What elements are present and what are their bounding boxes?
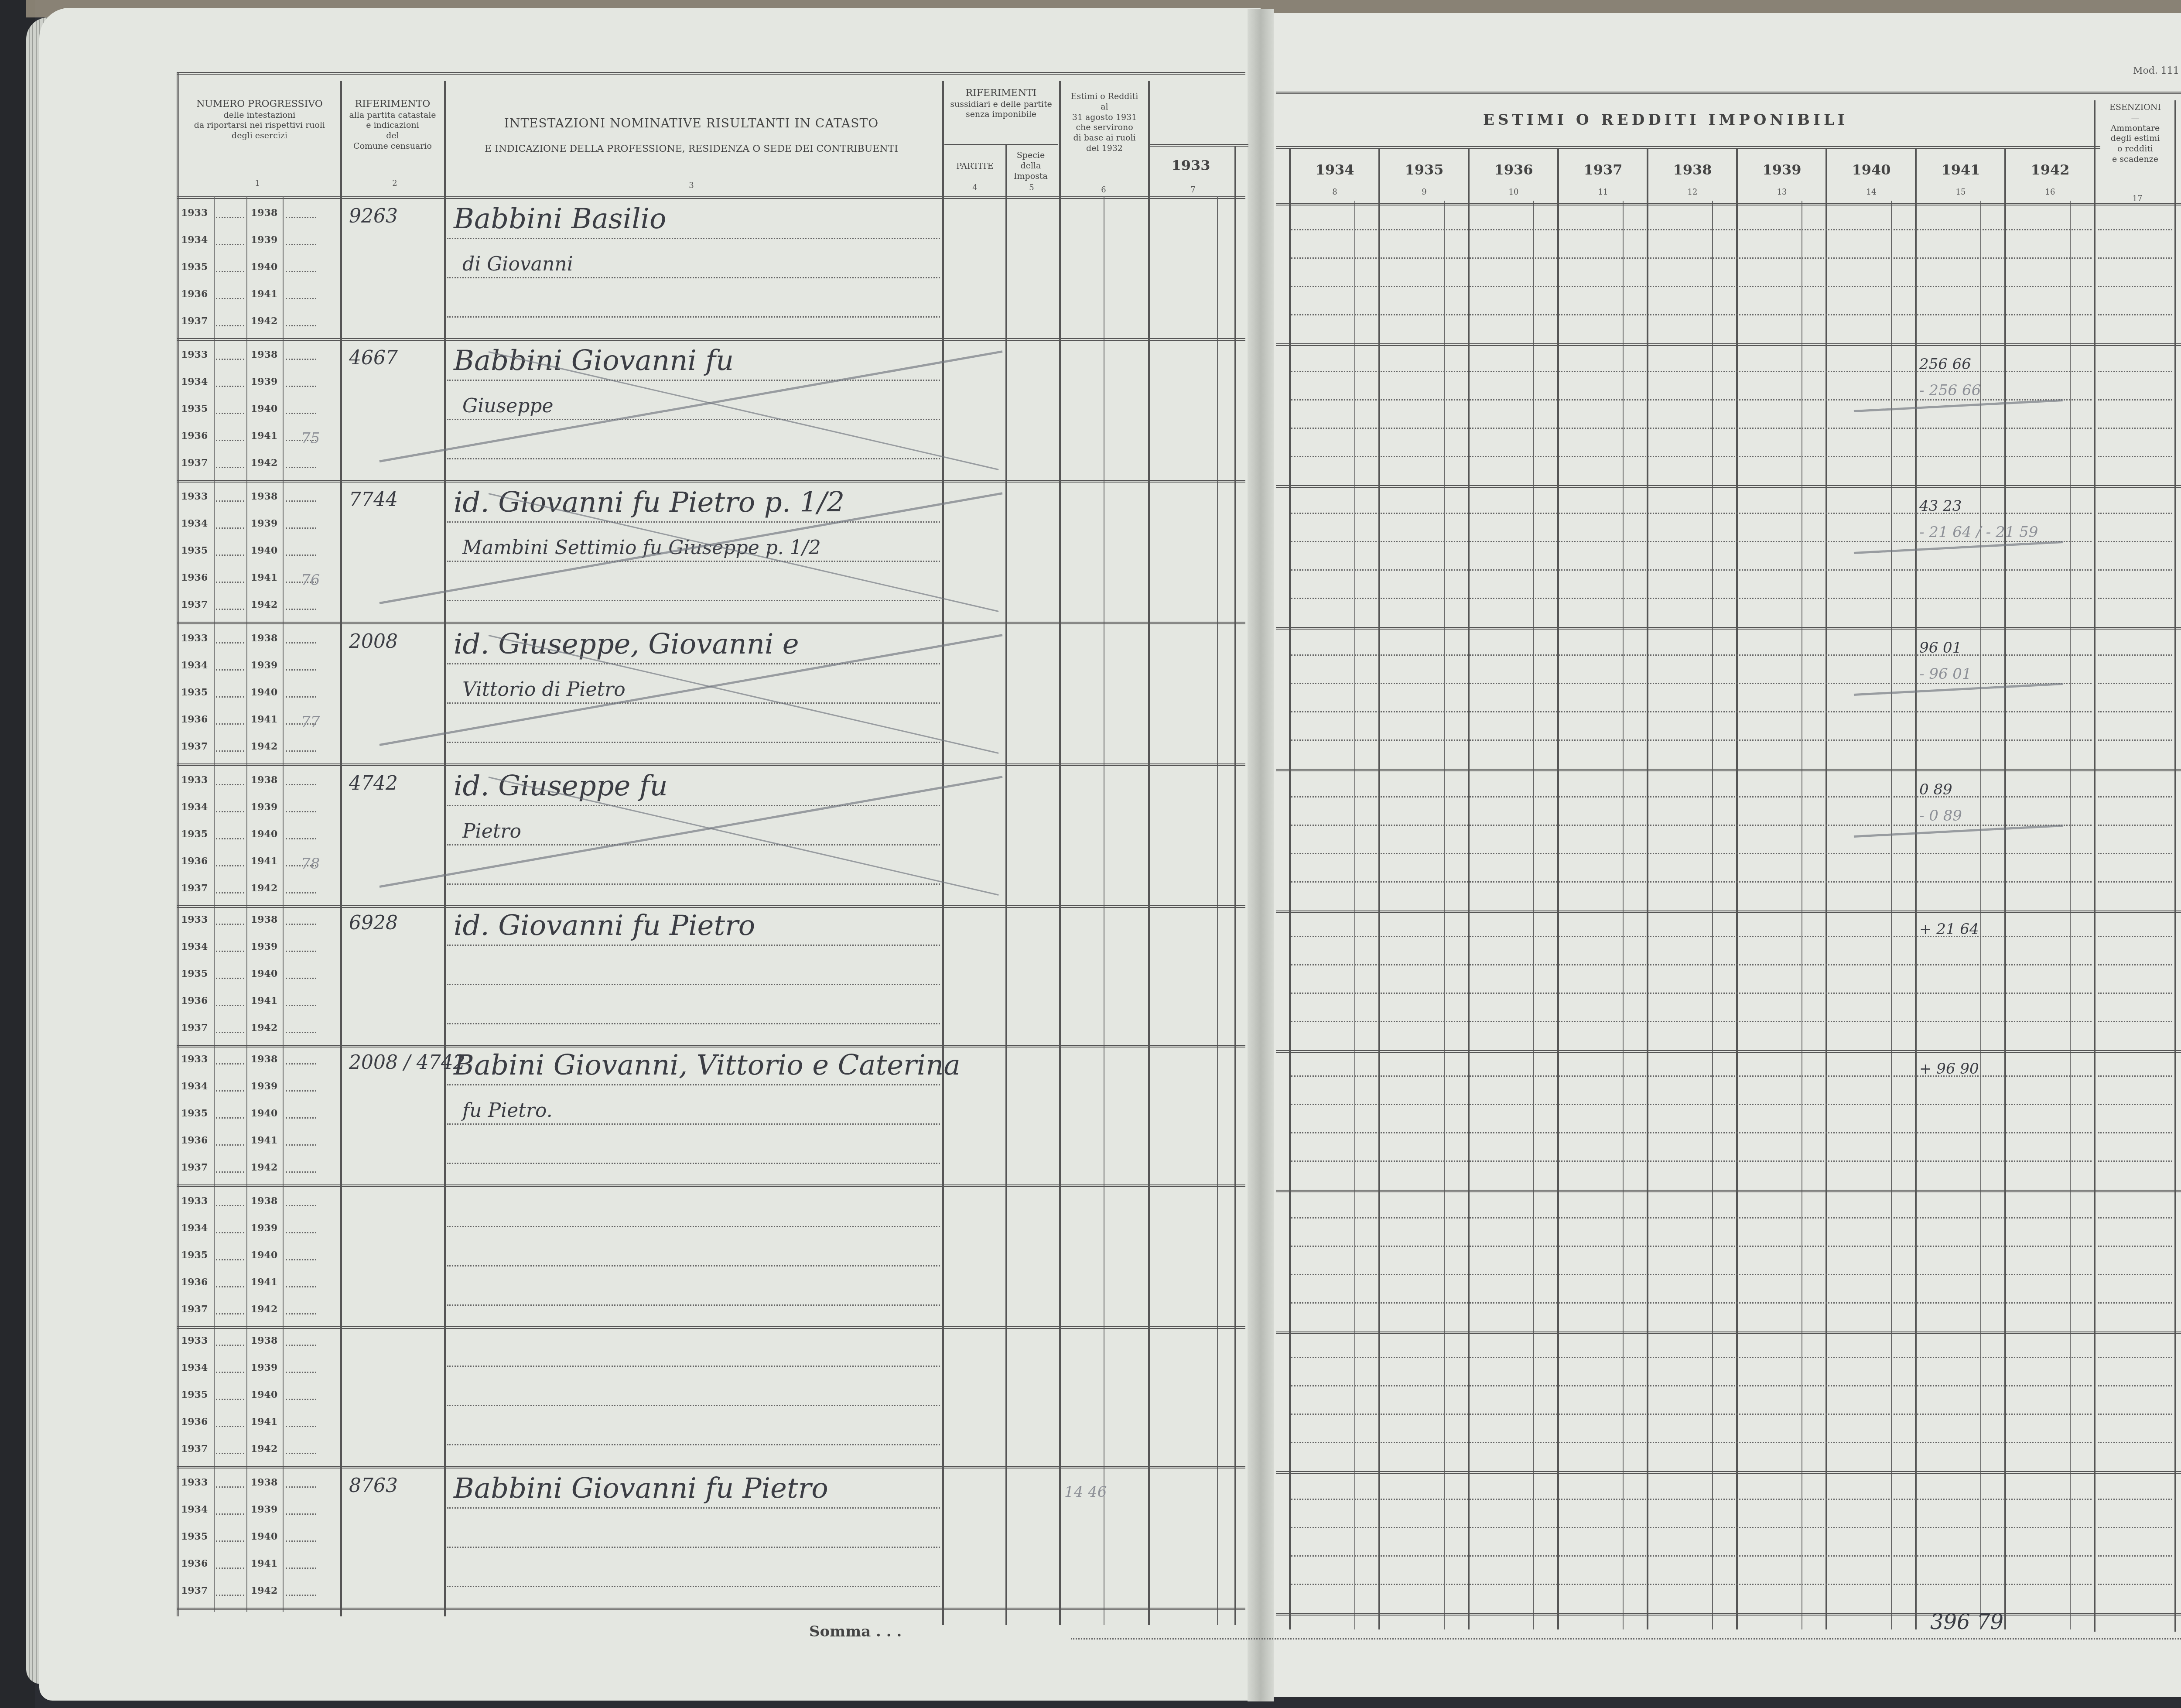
year-right: 1939 [251,801,277,813]
dotted-fill [286,1032,316,1033]
dotted-fill [286,1313,316,1314]
left-page [39,8,1261,1701]
partita-number: 8763 [349,1475,398,1497]
year-left: 1935 [181,1389,208,1400]
amount-guide-line [1291,1104,2092,1105]
year-right: 1940 [251,1249,277,1261]
col-num-12: 12 [1684,188,1701,197]
col-divider [1059,81,1061,1625]
partita-number: 4667 [349,347,398,369]
name-guide-line [447,1507,940,1509]
sub-col-divider [1802,201,1802,1629]
amount-guide-line [1291,1160,2092,1162]
row-separator [1276,343,2181,346]
dotted-fill [216,865,244,866]
amount-1941-correction: - 256 66 [1919,382,1981,399]
exemption-guide-line [2098,1499,2172,1500]
year-left: 1937 [181,1022,208,1034]
dotted-fill [216,838,244,839]
dotted-fill [216,1205,244,1206]
dotted-fill [216,325,244,326]
year-right: 1942 [251,883,277,894]
year-right: 1939 [251,376,277,387]
header-col2-line: RIFERIMENTO [342,98,443,110]
col-divider [1148,81,1150,1625]
year-right: 1938 [251,1054,277,1065]
amount-1941: 0 89 [1919,781,1952,798]
dotted-fill [286,1426,316,1427]
col-num-7: 7 [1186,185,1200,195]
sub-col-divider [1623,201,1624,1629]
amount-guide-line [1291,964,2092,965]
year-left: 1934 [181,1504,208,1515]
amount-guide-line [1291,513,2092,514]
contributor-name-line2: Vittorio di Pietro [462,678,626,701]
sub-col-divider [1217,196,1218,1625]
header-col2-line: del [342,131,443,141]
exemption-guide-line [2098,654,2172,656]
dotted-fill [286,1205,316,1206]
dotted-fill [216,386,244,387]
col-divider [1005,144,1007,1625]
row-separator [1276,485,2181,488]
partita-number: 2008 [349,630,398,653]
name-guide-line [447,945,940,946]
amount-1941: 43 23 [1919,497,1962,515]
header-col17-line: degli estimi [2096,133,2174,144]
year-right: 1940 [251,968,277,979]
header-col2-line: e indicazioni [342,120,443,131]
row-separator [1276,1190,2181,1192]
year-right: 1941 [251,995,277,1006]
dotted-fill [216,924,244,925]
amount-guide-line [1291,1385,2092,1386]
col-num-17: 17 [2129,194,2146,203]
name-guide-line [447,419,940,420]
dotted-fill [216,1486,244,1488]
header-col1-line: degli esercizi [179,131,340,141]
year-right: 1941 [251,714,277,725]
dotted-fill [286,1595,316,1596]
row-separator [1276,769,2181,771]
row-separator [1276,1471,2181,1474]
dotted-fill [286,1345,316,1346]
year-right: 1938 [251,349,277,360]
exemption-guide-line [2098,1274,2172,1275]
year-left: 1936 [181,430,208,442]
sub-col-divider [1104,196,1104,1625]
dotted-fill [216,467,244,468]
dotted-fill [286,784,316,785]
header-bottom-border-right [1276,203,2181,205]
dotted-fill [286,669,316,671]
exemption-guide-line [2098,399,2172,400]
amount-guide-line [1291,286,2092,287]
dotted-fill [216,642,244,643]
partita-number: 4742 [349,772,398,794]
contributor-name-line2: di Giovanni [462,253,573,275]
row-separator [177,622,1245,624]
name-guide-line [447,805,940,806]
year-left: 1936 [181,856,208,867]
year-right: 1941 [251,1277,277,1288]
contributor-name: id. Giovanni fu Pietro p. 1/2 [454,486,844,519]
amount-guide-line [1291,541,2092,542]
year-right: 1941 [251,288,277,300]
dotted-fill [286,696,316,698]
exemption-guide-line [2098,314,2172,315]
header-col1-line: da riportarsi nei rispettivi ruoli [179,120,340,131]
year-left: 1936 [181,714,208,725]
exemption-guide-line [2098,1217,2172,1219]
amount-guide-line [1291,229,2092,230]
name-guide-line [447,380,940,381]
exemption-guide-line [2098,541,2172,542]
name-guide-line [447,1304,940,1306]
right-page [1261,13,2181,1697]
row-separator [1276,1331,2181,1334]
header-col3-title: INTESTAZIONI NOMINATIVE RISULTANTI IN CA… [447,116,936,131]
year-left: 1934 [181,660,208,671]
name-guide-line [447,458,940,459]
dotted-fill [286,838,316,839]
sub-col-divider [283,196,284,1612]
dotted-fill [216,582,244,583]
dotted-fill [286,325,316,326]
col-divider [340,81,342,1616]
name-guide-line [447,1444,940,1445]
year-left: 1934 [181,801,208,813]
amount-guide-line [1291,1021,2092,1022]
dotted-fill [216,1144,244,1146]
amount-1941-correction: - 0 89 [1919,807,1962,825]
exemption-guide-line [2098,936,2172,937]
dotted-fill [286,1232,316,1233]
header-riferimenti-line: sussidiari e delle partite [944,99,1058,110]
dotted-fill [216,1399,244,1400]
year-left: 1933 [181,349,208,360]
header-col17-line: — [2096,113,2174,123]
dotted-fill [286,1513,316,1515]
side-number: 77 [301,713,320,731]
header-col5-line: della [1007,161,1055,171]
year-left: 1933 [181,1054,208,1065]
header-col17-line: ESENZIONI [2096,103,2174,113]
year-right: 1940 [251,545,277,556]
dotted-fill [286,1171,316,1173]
contributor-name: id. Giuseppe fu [454,770,668,802]
sub-col-divider [1980,201,1981,1629]
side-number: 76 [301,572,320,589]
exemption-guide-line [2098,1104,2172,1105]
exemption-guide-line [2098,881,2172,883]
year-header-1942: 1942 [2007,161,2094,178]
dotted-fill [216,1117,244,1119]
amount-guide-line [1291,796,2092,798]
year-right: 1940 [251,403,277,414]
sum-dotted-line [1071,1638,2181,1640]
year-right: 1942 [251,1304,277,1315]
dotted-fill [286,978,316,979]
year-left: 1936 [181,1558,208,1569]
year-right: 1941 [251,572,277,583]
col-num-13: 13 [1773,188,1791,197]
dotted-fill [286,609,316,610]
amount-guide-line [1291,711,2092,712]
year-left: 1936 [181,288,208,300]
dotted-fill [216,609,244,610]
exemption-guide-line [2098,1357,2172,1358]
header-col5: Specie della Imposta [1007,151,1055,181]
year-left: 1935 [181,545,208,556]
dotted-fill [216,359,244,360]
amount-col6: 14 46 [1064,1483,1107,1501]
header-col6: Estimi o Redditi al 31 agosto 1931 che s… [1061,92,1148,154]
exemption-guide-line [2098,739,2172,741]
year-left: 1936 [181,572,208,583]
exemption-guide-line [2098,569,2172,571]
header-col17: ESENZIONI — Ammontare degli estimi o red… [2096,103,2174,165]
dotted-fill [216,1568,244,1569]
row-separator [1276,1050,2181,1053]
year-left: 1937 [181,1443,208,1455]
exemption-guide-line [2098,1021,2172,1022]
amount-guide-line [1291,739,2092,741]
name-guide-line [447,984,940,985]
subheader-divider [944,144,1058,145]
year-right: 1942 [251,1162,277,1173]
sum-label: Somma . . . [809,1623,902,1640]
header-col5-line: Specie [1007,151,1055,161]
name-guide-line [447,663,940,664]
dotted-fill [216,1426,244,1427]
amount-guide-line [1291,314,2092,315]
years-top-border [1276,146,2100,149]
exemption-guide-line [2098,1527,2172,1528]
header-riferimenti-line: senza imponibile [944,110,1058,120]
year-right: 1940 [251,828,277,840]
year-left: 1933 [181,1195,208,1207]
exemption-guide-line [2098,853,2172,854]
table-top-border-right [1276,92,2181,94]
dotted-fill [286,359,316,360]
year-left: 1935 [181,1531,208,1542]
col-num-5: 5 [1025,183,1038,192]
year-left: 1933 [181,207,208,219]
amount-guide-line [1291,1555,2092,1557]
year-left: 1936 [181,1416,208,1427]
estimi-title: ESTIMI O REDDITI IMPONIBILI [1483,111,1848,129]
dotted-fill [286,1486,316,1488]
header-riferimenti-line: RIFERIMENTI [944,87,1058,99]
year-header-1939: 1939 [1738,161,1825,178]
dotted-fill [286,500,316,502]
exemption-guide-line [2098,1302,2172,1304]
name-guide-line [447,521,940,523]
dotted-fill [216,784,244,785]
year-header-1938: 1938 [1649,161,1736,178]
exemption-guide-line [2098,711,2172,712]
year-right: 1938 [251,1195,277,1207]
header-col3-subtitle: E INDICAZIONE DELLA PROFESSIONE, RESIDEN… [447,143,936,155]
amount-guide-line [1291,1499,2092,1500]
name-guide-line [447,1366,940,1367]
year-right: 1942 [251,457,277,469]
year-right: 1938 [251,207,277,219]
year-header-1937: 1937 [1559,161,1647,178]
amount-1941: 96 01 [1919,639,1962,657]
year-right: 1939 [251,1504,277,1515]
exemption-guide-line [2098,1075,2172,1077]
row-separator [177,1045,1245,1047]
sub-col-divider [1891,201,1892,1629]
year-left: 1935 [181,1108,208,1119]
header-col1-line: NUMERO PROGRESSIVO [179,98,340,110]
dotted-fill [216,1063,244,1065]
amount-guide-line [1291,654,2092,656]
year-header-1935: 1935 [1381,161,1468,178]
dotted-fill [216,1171,244,1173]
book-gutter [1248,9,1274,1701]
year-right: 1941 [251,1135,277,1146]
year-right: 1939 [251,1222,277,1234]
exemption-guide-line [2098,229,2172,230]
dotted-fill [286,527,316,529]
year-left: 1935 [181,687,208,698]
dotted-fill [216,669,244,671]
dotted-fill [286,1540,316,1542]
name-guide-line [447,1226,940,1227]
exemption-guide-line [2098,993,2172,994]
year-left: 1937 [181,1585,208,1596]
name-guide-line [447,600,940,601]
year-left: 1935 [181,968,208,979]
contributor-name: Babini Giovanni, Vittorio e Caterina [454,1049,961,1082]
amount-guide-line [1291,1132,2092,1133]
amount-guide-line [1291,428,2092,429]
sub-col-divider [1712,201,1713,1629]
year-left: 1936 [181,1277,208,1288]
year-left: 1937 [181,457,208,469]
header-col2-line: alla partita catastale [342,110,443,121]
sub-col-divider [2070,201,2071,1629]
dotted-fill [286,271,316,272]
dotted-fill [216,500,244,502]
name-guide-line [447,277,940,278]
row-separator [177,763,1245,766]
col-num-16: 16 [2041,188,2059,197]
dotted-fill [286,811,316,812]
year-header-1934: 1934 [1291,161,1378,178]
dotted-fill [216,555,244,556]
header-col17-line: o redditi [2096,144,2174,154]
dotted-fill [286,555,316,556]
year-header-1941: 1941 [1917,161,2004,178]
name-guide-line [447,844,940,845]
dotted-fill [286,642,316,643]
year-right: 1939 [251,1362,277,1373]
year-right: 1938 [251,1477,277,1488]
dotted-fill [286,892,316,893]
dotted-fill [216,298,244,299]
dotted-fill [286,1144,316,1146]
name-guide-line [447,1265,940,1266]
year-left: 1936 [181,995,208,1006]
amount-guide-line [1291,1274,2092,1275]
header-col2-line: Comune censuario [342,141,443,152]
dotted-fill [216,217,244,218]
name-guide-line [447,1023,940,1024]
header-col6-line: che servirono [1061,123,1148,133]
amount-guide-line [1291,257,2092,259]
year-left: 1933 [181,914,208,925]
name-guide-line [447,1586,940,1587]
contributor-name-line2: fu Pietro. [462,1099,553,1122]
amount-guide-line [1291,993,2092,994]
dotted-fill [216,413,244,414]
dotted-fill [216,1345,244,1346]
col-num-4: 4 [968,183,981,192]
amount-guide-line [1291,1246,2092,1247]
contributor-name: id. Giuseppe, Giovanni e [454,628,799,661]
contributor-name-line2: Pietro [462,820,521,842]
exemption-guide-line [2098,1160,2172,1162]
header-col6-line: 31 agosto 1931 [1061,113,1148,123]
col-divider [2094,100,2096,1632]
dotted-fill [286,951,316,952]
amount-guide-line [1291,1527,2092,1528]
header-col3: INTESTAZIONI NOMINATIVE RISULTANTI IN CA… [447,116,936,155]
header-riferimenti: RIFERIMENTI sussidiari e delle partite s… [944,87,1058,120]
total-1941: 396 79 [1930,1610,2003,1634]
year-right: 1938 [251,774,277,786]
dotted-fill [216,1090,244,1092]
header-col17-line: e scadenze [2096,154,2174,165]
year-right: 1941 [251,430,277,442]
year-right: 1942 [251,315,277,327]
header-col6-line: al [1061,102,1148,113]
name-guide-line [447,1405,940,1406]
dotted-fill [216,1313,244,1314]
dotted-fill [216,696,244,698]
dotted-fill [286,924,316,925]
dotted-fill [286,1372,316,1373]
exemption-guide-line [2098,286,2172,287]
year-right: 1939 [251,941,277,952]
year-right: 1938 [251,1335,277,1346]
name-guide-line [447,702,940,704]
dotted-fill [286,467,316,468]
amount-guide-line [1291,1442,2092,1443]
row-separator [177,1184,1245,1187]
exemption-guide-line [2098,1246,2172,1247]
year-right: 1940 [251,687,277,698]
exemption-guide-line [2098,428,2172,429]
year-right: 1942 [251,741,277,752]
sub-col-divider [1354,201,1355,1629]
row-separator [177,1608,1245,1610]
year-left: 1937 [181,883,208,894]
dotted-fill [286,413,316,414]
exemption-guide-line [2098,796,2172,798]
amount-guide-line [1291,1217,2092,1219]
sub-col-divider [1533,201,1534,1629]
amount-guide-line [1291,683,2092,684]
contributor-name-line2: Giuseppe [462,395,554,417]
col-divider [2174,100,2176,1632]
row-separator [1276,1613,2181,1616]
year-left: 1937 [181,315,208,327]
